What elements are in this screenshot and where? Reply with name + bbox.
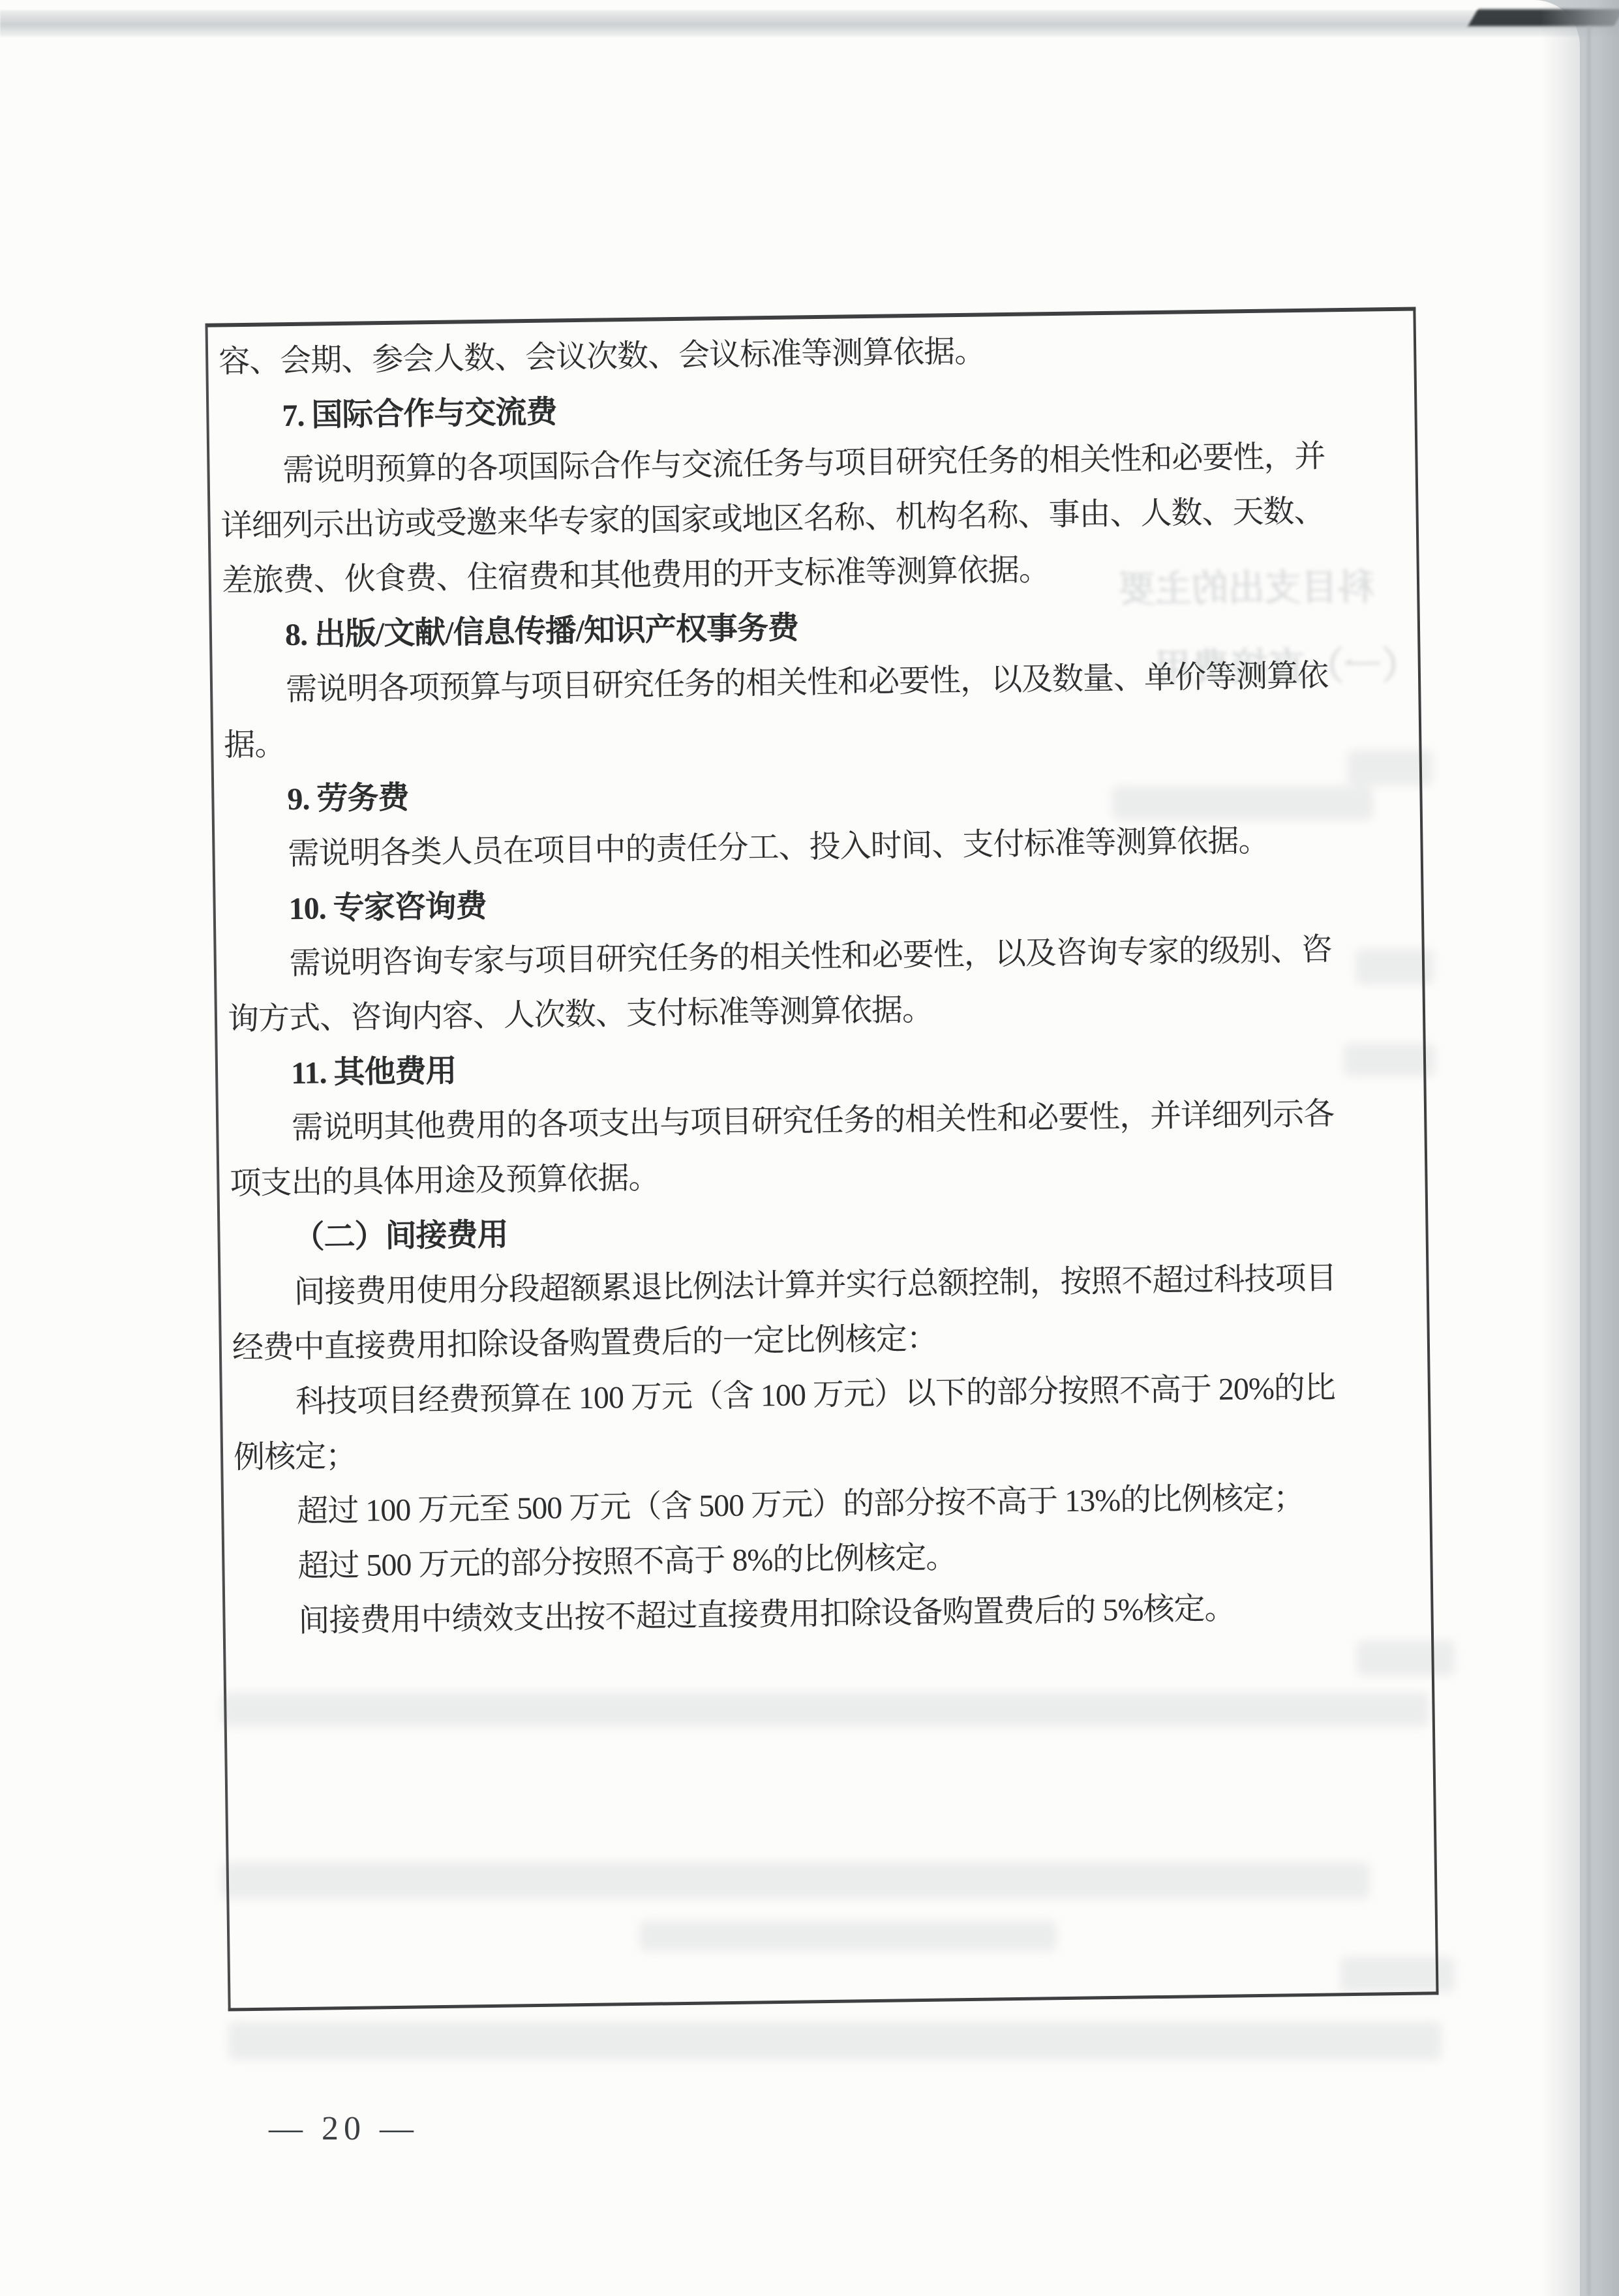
page-edge-line: [1588, 26, 1590, 2296]
content-border-box: 容、会期、参会人数、会议次数、会议标准等测算依据。 7. 国际合作与交流费 需说…: [205, 307, 1438, 2011]
page-curl-shadow: [1541, 0, 1619, 2296]
page-number: — 20 —: [269, 2109, 419, 2148]
text-column: 容、会期、参会人数、会议次数、会议标准等测算依据。 7. 国际合作与交流费 需说…: [219, 319, 1422, 1650]
scanned-document-page: 科目支出的主要 （一）直接费用 容、会期、参会人数、会议次数、会议标准等测算依据…: [0, 0, 1619, 2296]
bleedthrough-smudge: [228, 2022, 1442, 2060]
scanner-top-edge-shadow: [0, 10, 1619, 37]
